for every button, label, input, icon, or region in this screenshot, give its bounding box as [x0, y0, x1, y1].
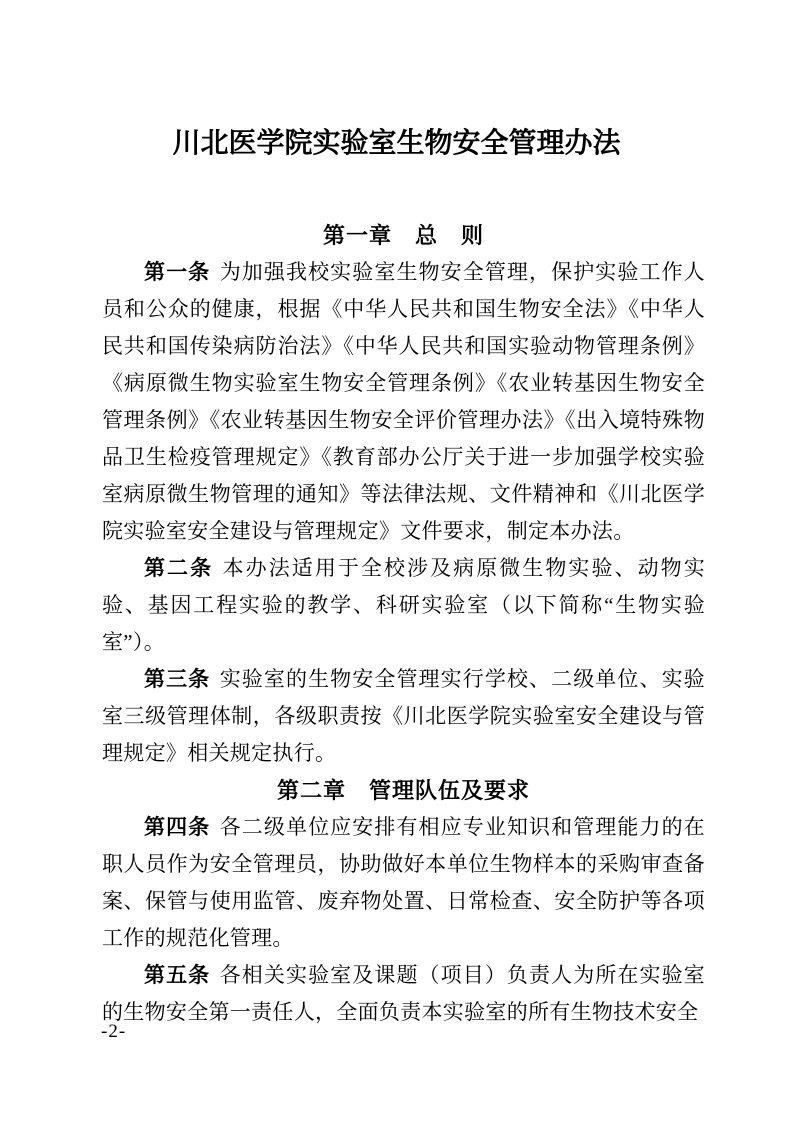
article-2-label: 第二条: [144, 556, 213, 580]
article-5-label: 第五条: [144, 963, 210, 987]
article-3: 第三条实验室的生物安全管理实行学校、二级单位、实验室三级管理体制，各级职责按《川…: [102, 661, 705, 772]
article-1-text: 为加强我校实验室生物安全管理，保护实验工作人员和公众的健康，根据《中华人民共和国…: [102, 260, 705, 543]
page-number: -2-: [101, 1021, 126, 1043]
article-1-label: 第一条: [144, 260, 210, 284]
document-page: 川北医学院实验室生物安全管理办法 第一章 总 则 第一条为加强我校实验室生物安全…: [0, 0, 793, 1122]
document-body: 第一章 总 则 第一条为加强我校实验室生物安全管理，保护实验工作人员和公众的健康…: [102, 217, 705, 1031]
article-2: 第二条本办法适用于全校涉及病原微生物实验、动物实验、基因工程实验的教学、科研实验…: [102, 550, 705, 661]
article-1: 第一条为加强我校实验室生物安全管理，保护实验工作人员和公众的健康，根据《中华人民…: [102, 254, 705, 550]
document-title: 川北医学院实验室生物安全管理办法: [0, 121, 793, 161]
article-4: 第四条各二级单位应安排有相应专业知识和管理能力的在职人员作为安全管理员，协助做好…: [102, 809, 705, 957]
chapter-2-heading: 第二章 管理队伍及要求: [102, 772, 705, 809]
article-4-label: 第四条: [144, 815, 210, 839]
chapter-1-heading: 第一章 总 则: [102, 217, 705, 254]
article-3-label: 第三条: [144, 667, 210, 691]
article-5: 第五条各相关实验室及课题（项目）负责人为所在实验室的生物安全第一责任人，全面负责…: [102, 957, 705, 1031]
